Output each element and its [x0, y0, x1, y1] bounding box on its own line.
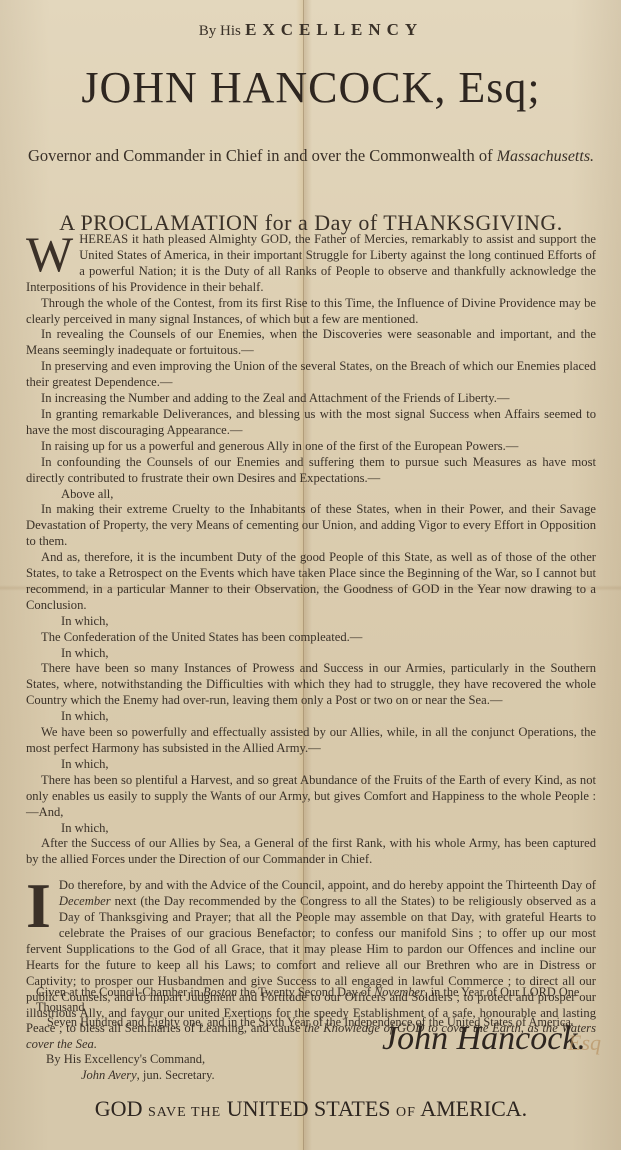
handwritten-esq: Esq [568, 1030, 601, 1056]
drop-cap-i: I [26, 880, 51, 932]
paragraph-friends: In increasing the Number and adding to t… [26, 391, 596, 407]
hancock-signature: John Hancock. [382, 1020, 586, 1058]
drop-cap-w: W [26, 234, 73, 274]
above-all: Above all, [26, 487, 596, 503]
paragraph-harvest: There has been so plentiful a Harvest, a… [26, 773, 596, 821]
paragraph-deliverances: In granting remarkable Deliverances, and… [26, 407, 596, 439]
paragraph-confounding: In confounding the Counsels of our Enemi… [26, 455, 596, 487]
in-which-2: In which, [26, 646, 596, 662]
paragraph-union: In preserving and even improving the Uni… [26, 359, 596, 391]
proclamation-body: W HEREAS it hath pleased Almighty GOD, t… [26, 232, 596, 1053]
governor-name-title: JOHN HANCOCK, Esq; [26, 62, 596, 113]
paragraph-ally: In raising up for us a powerful and gene… [26, 439, 596, 455]
paragraph-contest: Through the whole of the Contest, from i… [26, 296, 596, 328]
paragraph-allies: We have been so powerfully and effectual… [26, 725, 596, 757]
in-which-4: In which, [26, 757, 596, 773]
secretary-name: John Avery [81, 1068, 137, 1082]
paragraph-counsels: In revealing the Counsels of our Enemies… [26, 327, 596, 359]
god-save-the-united-states: GOD SAVE THE UNITED STATES OF AMERICA. [26, 1096, 596, 1122]
proclamation-document: By His EXCELLENCY JOHN HANCOCK, Esq; Gov… [0, 0, 621, 1150]
paragraph-prowess: There have been so many Instances of Pro… [26, 661, 596, 709]
whereas-paragraph: W HEREAS it hath pleased Almighty GOD, t… [26, 232, 596, 296]
in-which-3: In which, [26, 709, 596, 725]
paragraph-cruelty: In making their extreme Cruelty to the I… [26, 502, 596, 550]
paragraph-confederation: The Confederation of the United States h… [26, 630, 596, 646]
paragraph-therefore: And as, therefore, it is the incumbent D… [26, 550, 596, 614]
in-which-5: In which, [26, 821, 596, 837]
paragraph-captured: After the Success of our Allies by Sea, … [26, 836, 596, 868]
by-command-block: By His Excellency's Command, John Avery,… [46, 1052, 215, 1083]
governor-title-line: Governor and Commander in Chief in and o… [26, 146, 596, 166]
by-his-excellency-heading: By His EXCELLENCY [26, 20, 596, 40]
in-which-1: In which, [26, 614, 596, 630]
